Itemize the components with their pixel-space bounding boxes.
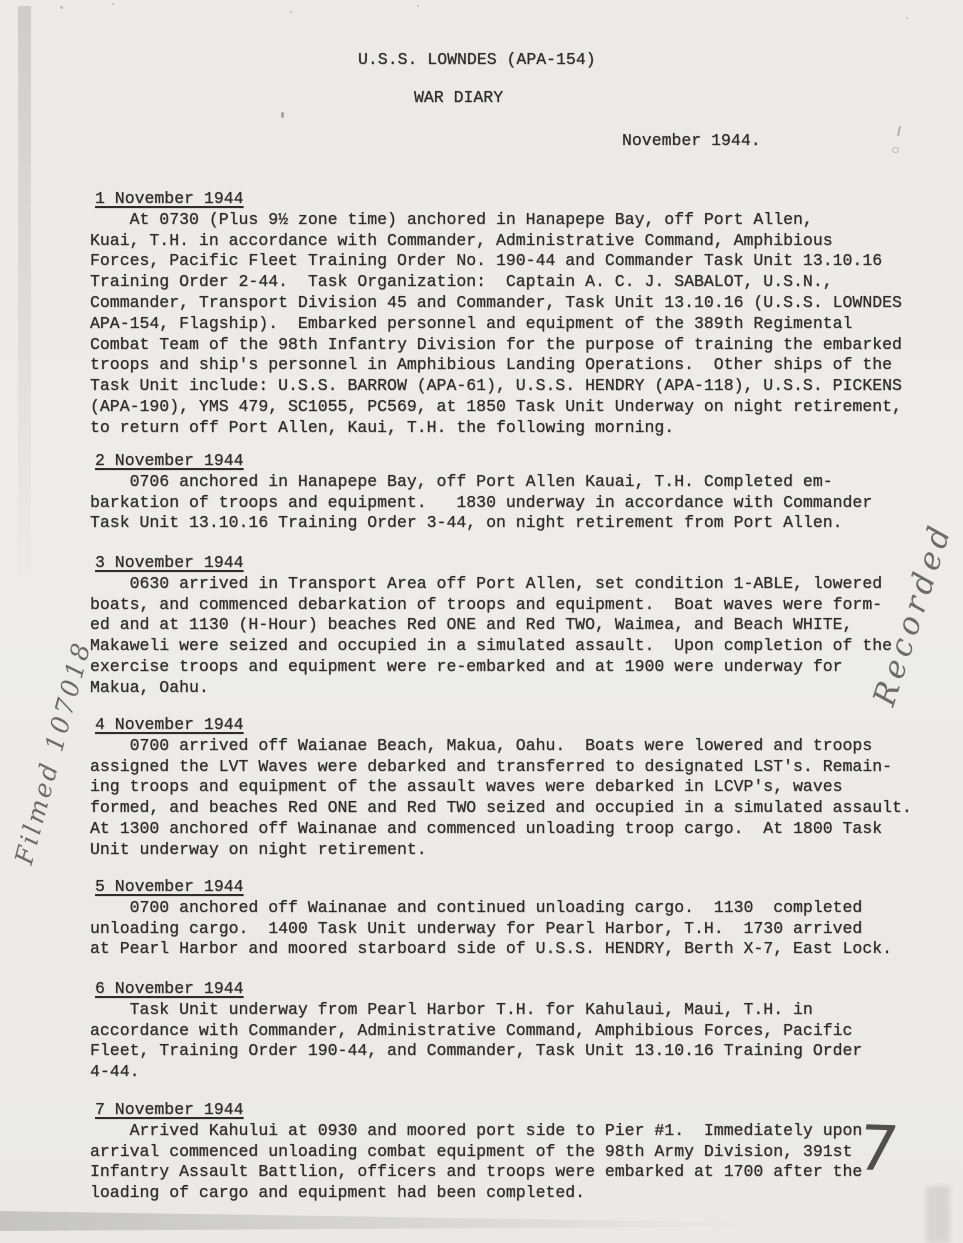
entry-date-heading: 7 November 1944 [90, 1100, 244, 1121]
entry-date-heading: 4 November 1944 [90, 715, 244, 736]
diary-entry: 3 November 1944 0630 arrived in Transpor… [90, 553, 960, 699]
entry-date-heading: 3 November 1944 [90, 553, 244, 574]
handwritten-left-margin-note: Filmed 107018 [3, 613, 104, 893]
diary-entry: 7 November 1944 Arrived Kahului at 0930 … [90, 1100, 960, 1204]
diary-entry: 1 November 1944 At 0730 (Plus 9½ zone ti… [90, 189, 960, 439]
scan-speck [281, 112, 284, 118]
document-title: U.S.S. LOWNDES (APA-154) [358, 50, 596, 71]
scan-speck [112, 3, 114, 5]
entry-date-heading: 1 November 1944 [90, 189, 244, 210]
entry-body-text: Task Unit underway from Pearl Harbor T.H… [90, 1000, 960, 1083]
document-date-line: November 1944. [622, 131, 761, 152]
scan-speck [60, 6, 63, 9]
scanned-document-page: U.S.S. LOWNDES (APA-154) WAR DIARY Novem… [0, 0, 963, 1243]
scan-speck [417, 5, 419, 7]
pencil-mark [897, 126, 901, 136]
diary-entry: 6 November 1944 Task Unit underway from … [90, 979, 960, 1083]
entry-date-heading: 6 November 1944 [90, 979, 244, 1000]
entry-body-text: At 0730 (Plus 9½ zone time) anchored in … [90, 210, 960, 439]
scan-speck [290, 11, 292, 13]
scan-edge-shadow-left [18, 6, 31, 596]
pencil-mark [892, 147, 899, 153]
entry-body-text: 0630 arrived in Transport Area off Port … [90, 574, 960, 699]
diary-entry: 4 November 1944 0700 arrived off Waianae… [90, 715, 960, 861]
entry-date-heading: 2 November 1944 [90, 451, 244, 472]
entry-body-text: Arrived Kahului at 0930 and moored port … [90, 1121, 960, 1204]
entry-body-text: 0700 arrived off Waianae Beach, Makua, O… [90, 736, 960, 861]
scan-speck [906, 17, 908, 19]
diary-entry: 2 November 1944 0706 anchored in Hanapep… [90, 451, 960, 534]
scan-shadow-bottom [0, 1211, 752, 1231]
entry-date-heading: 5 November 1944 [90, 877, 244, 898]
document-subtitle: WAR DIARY [414, 88, 503, 109]
entry-body-text: 0706 anchored in Hanapepe Bay, off Port … [90, 472, 960, 534]
entry-body-text: 0700 anchored off Wainanae and continued… [90, 898, 960, 960]
diary-entry: 5 November 1944 0700 anchored off Wainan… [90, 877, 960, 960]
